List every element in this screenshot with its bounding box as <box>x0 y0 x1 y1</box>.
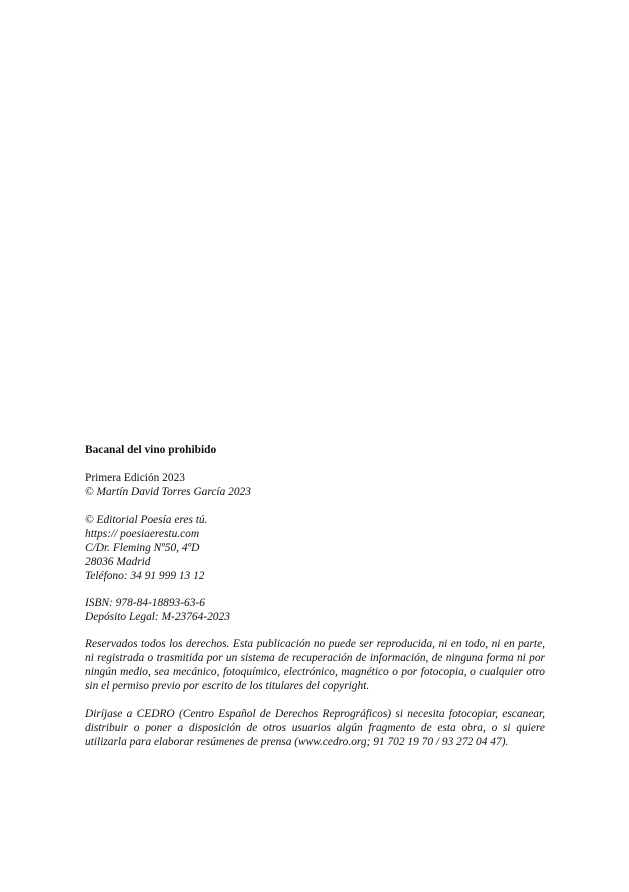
publisher-address: C/Dr. Fleming Nº50, 4ºD <box>85 542 545 556</box>
deposito-legal: Depósito Legal: M-23764-2023 <box>85 611 545 625</box>
publisher-phone: Teléfono: 34 91 999 13 12 <box>85 570 545 584</box>
publisher-info: © Editorial Poesía eres tú. https:// poe… <box>85 514 545 584</box>
author-copyright: © Martín David Torres García 2023 <box>85 486 545 500</box>
publisher-website: https:// poesiaerestu.com <box>85 528 545 542</box>
cedro-notice: Diríjase a CEDRO (Centro Español de Dere… <box>85 708 545 750</box>
legal-identifiers: ISBN: 978-84-18893-63-6 Depósito Legal: … <box>85 597 545 625</box>
book-title-text: Bacanal del vino prohibido <box>85 444 545 458</box>
book-title: Bacanal del vino prohibido <box>85 444 545 458</box>
edition-text: Primera Edición 2023 <box>85 472 545 486</box>
copyright-page: Bacanal del vino prohibido Primera Edici… <box>0 0 629 892</box>
isbn: ISBN: 978-84-18893-63-6 <box>85 597 545 611</box>
rights-notice: Reservados todos los derechos. Esta publ… <box>85 638 545 694</box>
publisher-city: 28036 Madrid <box>85 556 545 570</box>
edition-info: Primera Edición 2023 © Martín David Torr… <box>85 472 545 500</box>
publisher-name: © Editorial Poesía eres tú. <box>85 514 545 528</box>
